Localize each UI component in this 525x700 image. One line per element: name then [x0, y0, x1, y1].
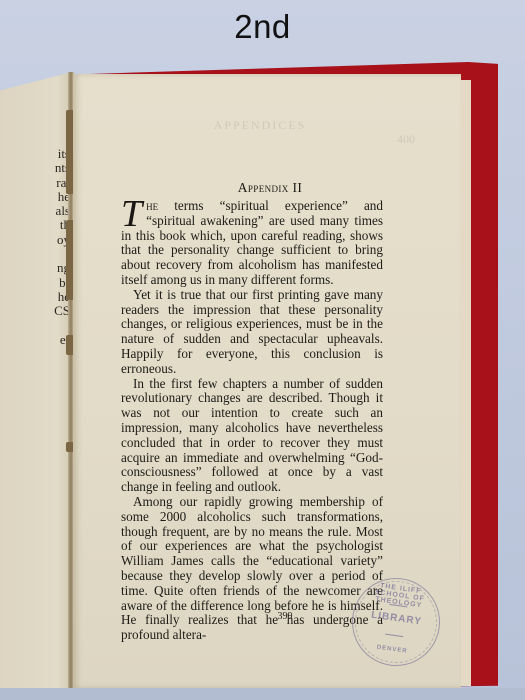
left-line: ral: [0, 176, 70, 190]
left-line: CS: [0, 304, 70, 318]
left-line: [0, 319, 70, 333]
caption-label: 2nd: [0, 8, 525, 46]
appendix-body: The terms “spiritual experience” and “sp…: [121, 199, 383, 643]
left-line: nts: [0, 161, 70, 175]
left-line: he: [0, 290, 70, 304]
paragraph: Among our rapidly growing membership of …: [121, 495, 383, 643]
lead-word: he: [146, 198, 158, 213]
left-line: he: [0, 190, 70, 204]
drop-cap: T: [121, 199, 142, 229]
appendix-heading: Appendix II: [100, 180, 440, 196]
bleed-through-text: APPENDICES 400: [105, 118, 415, 146]
left-line: als: [0, 204, 70, 218]
paragraph: In the first few chapters a number of su…: [121, 377, 383, 495]
left-line: oy: [0, 233, 70, 247]
paragraph: Yet it is true that our first printing g…: [121, 288, 383, 377]
bleed-page-number: 400: [105, 132, 415, 146]
page-number: 399: [260, 611, 310, 622]
left-line: [0, 247, 70, 261]
left-line: er: [0, 333, 70, 347]
left-line: ng: [0, 261, 70, 275]
paragraph: The terms “spiritual experience” and “sp…: [121, 199, 383, 288]
bleed-header: APPENDICES: [105, 118, 415, 132]
left-page-text: its nts ral he als th oy ng b- he CS er: [0, 147, 70, 347]
left-line: th: [0, 218, 70, 232]
left-line: its: [0, 147, 70, 161]
paragraph-text: terms “spiritual experience” and “spirit…: [121, 198, 383, 287]
left-line: b-: [0, 276, 70, 290]
table-surface: [0, 688, 525, 700]
